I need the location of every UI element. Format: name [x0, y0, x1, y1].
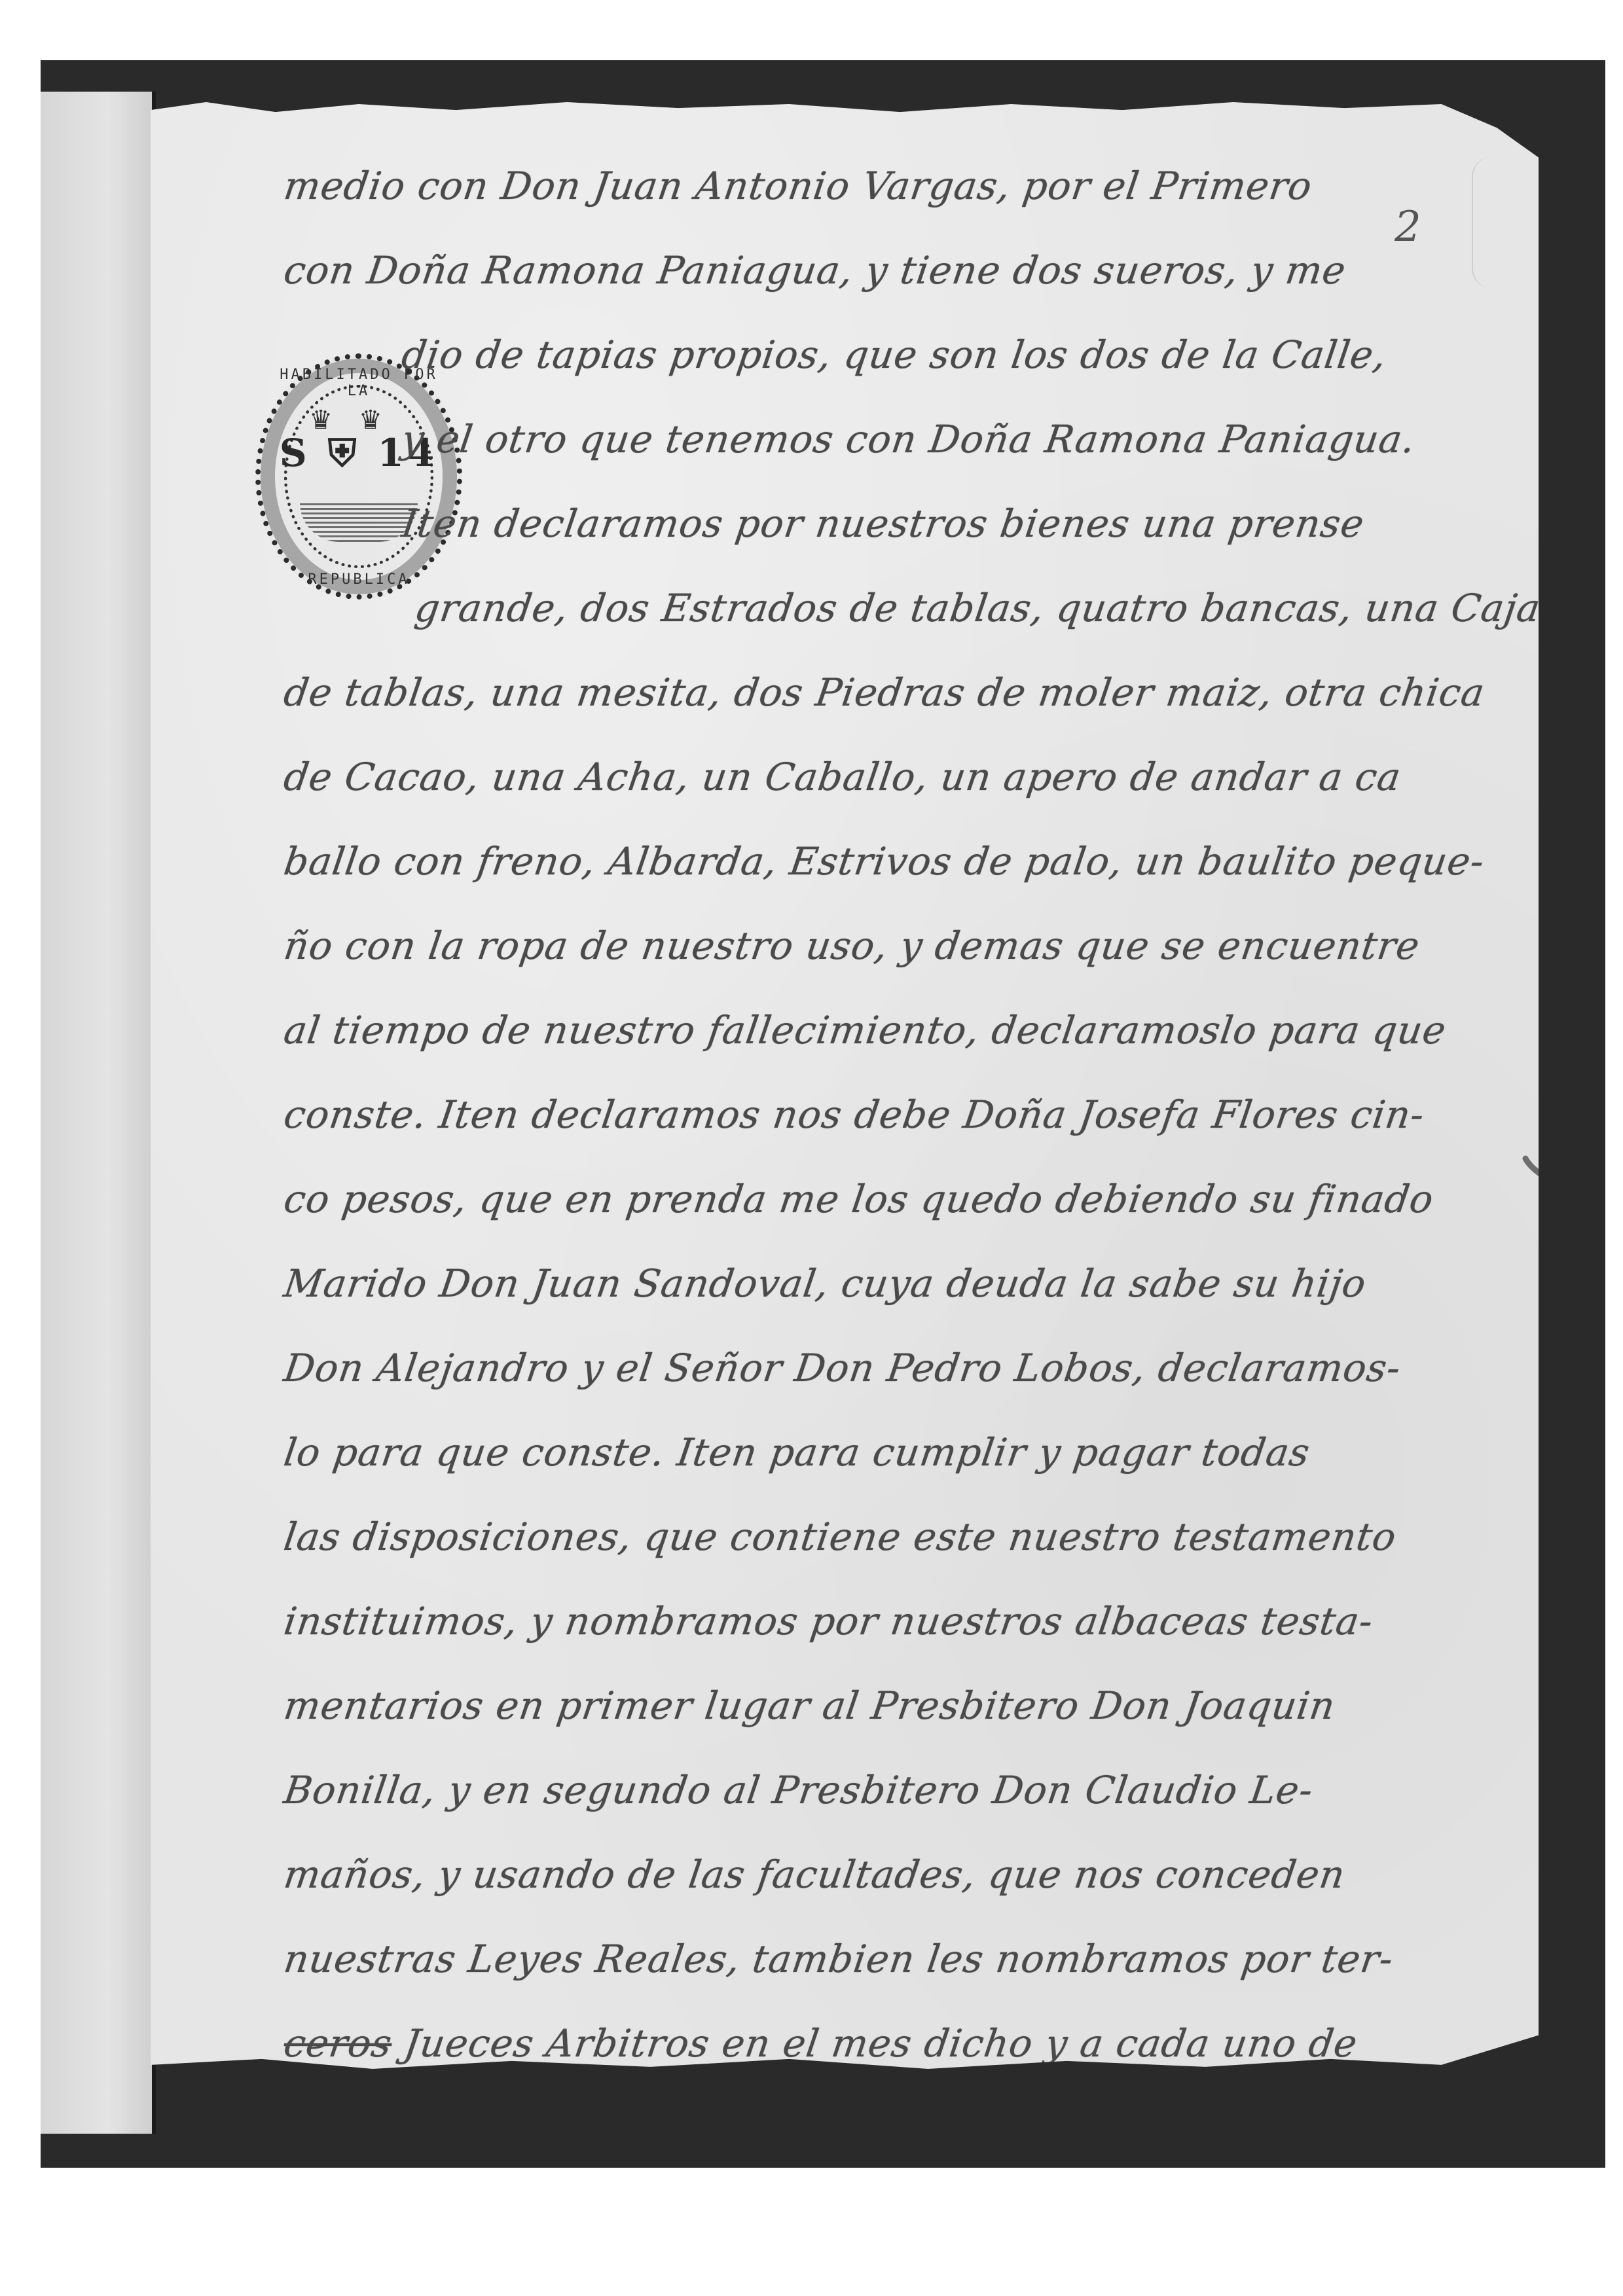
text-line: co pesos, que en prenda me los quedo deb… [276, 1177, 1459, 1261]
text-line: medio con Don Juan Antonio Vargas, por e… [276, 164, 1459, 248]
page-corner-curl [1472, 157, 1512, 288]
text-line: Don Alejandro y el Señor Don Pedro Lobos… [276, 1346, 1459, 1430]
handwritten-text-block: medio con Don Juan Antonio Vargas, por e… [282, 164, 1453, 2274]
text-line: Bonilla, y en segundo al Presbitero Don … [276, 1768, 1459, 1852]
text-line: dio de tapias propios, que son los dos d… [276, 332, 1459, 417]
text-line: grande, dos Estrados de tablas, quatro b… [276, 586, 1459, 670]
text-line: ño con la ropa de nuestro uso, y demas q… [276, 924, 1459, 1008]
text-line: de Cacao, una Acha, un Caballo, un apero… [276, 755, 1459, 839]
text-line: con Doña Ramona Paniagua, y tiene dos su… [276, 248, 1459, 332]
text-line: nuestras Leyes Reales, tambien les nombr… [276, 1937, 1459, 2021]
text-line: de tablas, una mesita, dos Piedras de mo… [276, 670, 1459, 755]
struck-word: ceros [282, 2021, 395, 2066]
text-line: Iten declaramos por nuestros bienes una … [276, 501, 1459, 586]
text-line: las disposiciones, que contiene este nue… [276, 1515, 1459, 1599]
manuscript-page: 2 HABILITADO POR LA REPUBLICA ♛♛ S ⛨ 14 … [151, 98, 1539, 2075]
text-line: fallecamos se apoderen de nuestros biene… [276, 2190, 1459, 2274]
text-line: mentarios en primer lugar al Presbitero … [276, 1683, 1459, 1768]
text-line: instituimos, y nombramos por nuestros al… [276, 1599, 1459, 1683]
text-line: lo para que conste. Iten para cumplir y … [276, 1430, 1459, 1515]
text-line: ballo con freno, Albarda, Estrivos de pa… [276, 839, 1459, 924]
text-line: conste. Iten declaramos nos debe Doña Jo… [276, 1092, 1459, 1177]
text-line: y el otro que tenemos con Doña Ramona Pa… [276, 417, 1459, 501]
facing-page-edge [41, 92, 156, 2134]
text-line: maños, y usando de las facultades, que n… [276, 1852, 1459, 1937]
text-line: Marido Don Juan Sandoval, cuya deuda la … [276, 1261, 1459, 1346]
text-line: al tiempo de nuestro fallecimiento, decl… [276, 1008, 1459, 1092]
